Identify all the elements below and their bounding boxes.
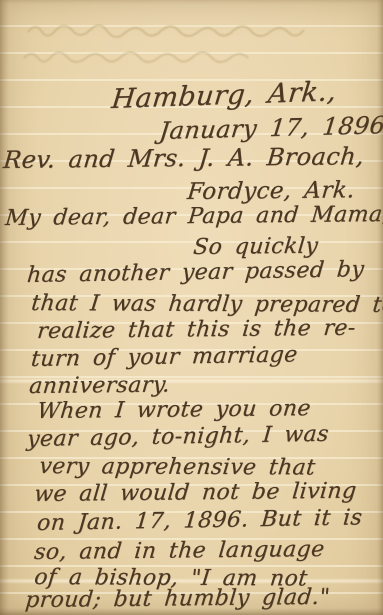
- letter-body-line: When I wrote you one: [36, 396, 312, 424]
- bleed-through-ghost-writing: [18, 14, 358, 74]
- paper-edge-shadow: [377, 0, 383, 615]
- recipient-place-line: Fordyce, Ark.: [186, 177, 356, 205]
- recipient-name-line: Rev. and Mrs. J. A. Broach,: [2, 142, 365, 174]
- letter-body-line: very apprehensive that: [38, 454, 317, 480]
- letter-body-line: turn of your marriage: [30, 342, 299, 372]
- place-line: Hamburg, Ark.,: [110, 76, 338, 115]
- letter-body-line: so, and in the language: [33, 537, 326, 565]
- letter-body-line: has another year passed by: [26, 257, 365, 288]
- date-line: January 17, 1896.: [158, 111, 383, 145]
- letter-body-line: on Jan. 17, 1896. But it is: [36, 505, 363, 536]
- paper-edge-shadow: [0, 608, 383, 615]
- letter-body-line: realize that this is the re-: [36, 316, 357, 344]
- letter-body-line: anniversary.: [28, 373, 171, 399]
- letter-page: Hamburg, Ark., January 17, 1896. Rev. an…: [0, 0, 383, 615]
- paper-edge-shadow: [0, 0, 9, 615]
- letter-body-line: that I was hardly prepared to: [30, 291, 383, 318]
- salutation-line: My dear, dear Papa and Mama,: [4, 202, 383, 231]
- letter-body-line: So quickly: [192, 234, 319, 260]
- letter-body-line: we all would not be living: [33, 479, 358, 507]
- letter-body-line: year ago, to-night, I was: [26, 422, 330, 452]
